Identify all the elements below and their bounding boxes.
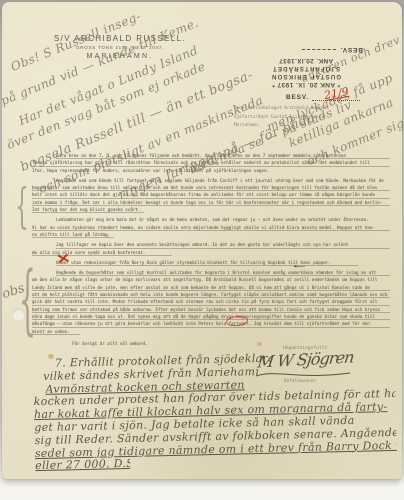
handwritten-line: eller 27 000. D.S. [35, 458, 130, 473]
letter-paper: S/V ARCHIBALD RUSSELL. GROSS TONS 2154. … [2, 2, 402, 479]
besv-stamp-inverted: BESV. [302, 46, 363, 53]
typed-line: om den alla är någon slags arbor de höga… [32, 276, 390, 283]
typed-line: minst av saken. [32, 328, 80, 335]
typed-line: första sjöförklaring har gjorts till råd… [32, 159, 390, 166]
typed-line: Angående vad som hände till fartyget då … [56, 177, 390, 184]
arrival-date-stamp-small: ANK. 20.IX.1937 [252, 56, 360, 64]
typed-line: botting som firmas var utstakad på båda … [32, 306, 390, 313]
typed-line: Edra brev av den 7, 9, och 11 dennes föl… [56, 152, 390, 159]
typed-line: Under utan redovisningar från Barry Dock… [56, 259, 358, 266]
pencil-brace-upper: { [15, 178, 29, 234]
typed-line: bogserbåtar som anlitades ännu till vall… [32, 184, 390, 191]
typed-line: de alla sig alla vore synds också konfer… [32, 249, 172, 256]
typed-line: inte komma i fråga. Det var i alla hände… [32, 199, 390, 206]
address-line: Sjöfartsrådet Gustaf Erikson kontor [234, 114, 329, 123]
office-stamp-name-2: GUSTAF ERIKSON [252, 72, 360, 80]
address-line: Rederiaktiebolaget Archibald Russell [234, 105, 329, 114]
address-block: Rederiaktiebolaget Archibald RussellSjöf… [234, 105, 329, 131]
typed-line: nöra dags innan vi kunde taga oss ut. De… [32, 313, 390, 320]
office-arrival-stamp: * ANK 20. IX. 1937 * GUSTAF ERIKSON SJÖF… [252, 56, 360, 88]
handwritten-postscript: 7. Erhållit protokollet från sjödeklara-… [33, 350, 398, 473]
typed-line: Ifar, Hopa representant för Anders, assu… [32, 167, 294, 174]
paper-stain [257, 342, 262, 346]
typed-line: helt intet och tilläts dock det gjorda u… [32, 191, 390, 198]
besv-label: BESV. [286, 94, 309, 101]
besv-stamp-label: BESV. [340, 46, 363, 53]
typed-line: Angående de bogserbåtar som villigt kont… [56, 269, 390, 276]
scanned-letter: S/V ARCHIBALD RUSSELL. GROSS TONS 2154. … [0, 0, 404, 500]
typed-line: Int fartyg har det nog blivit ganska svå… [32, 206, 144, 213]
pencil-arrow-left-icon: ← [290, 259, 309, 271]
ink-stain [48, 354, 54, 359]
address-line: Mariehamn. [234, 122, 329, 131]
typed-line: måsafänga — utan räknaren ju att göra be… [32, 320, 390, 327]
typed-body: Edra brev av den 7, 9, och 11 dennes föl… [32, 152, 390, 347]
typed-line: gick där helt nachta till inte. Medan fr… [32, 298, 390, 305]
typed-line: Jag tillfogar en kopia över den ansenats… [56, 241, 390, 248]
typed-line: nu skiftts till land på lördag. [32, 231, 114, 238]
typed-line: För övrigt är allt väl ombord. [72, 340, 192, 347]
typed-line: Vi har nu vissa tyskarnas standart hemma… [32, 224, 390, 231]
office-stamp-name-1: SJÖFARTSRÅDET [252, 64, 360, 72]
typed-line: Ledsamheten gör mig bra bara det är någo… [56, 216, 390, 223]
typed-line: Lundy Island men då ville de inte, men e… [32, 284, 390, 291]
stamp-dashed-line [302, 49, 336, 50]
red-x-mark: ✕ [55, 250, 71, 268]
punch-hole [12, 308, 25, 321]
pencil-brace-lower: { [19, 254, 36, 343]
typed-line: att de helt plötsligt fått maskinskada o… [32, 291, 390, 298]
